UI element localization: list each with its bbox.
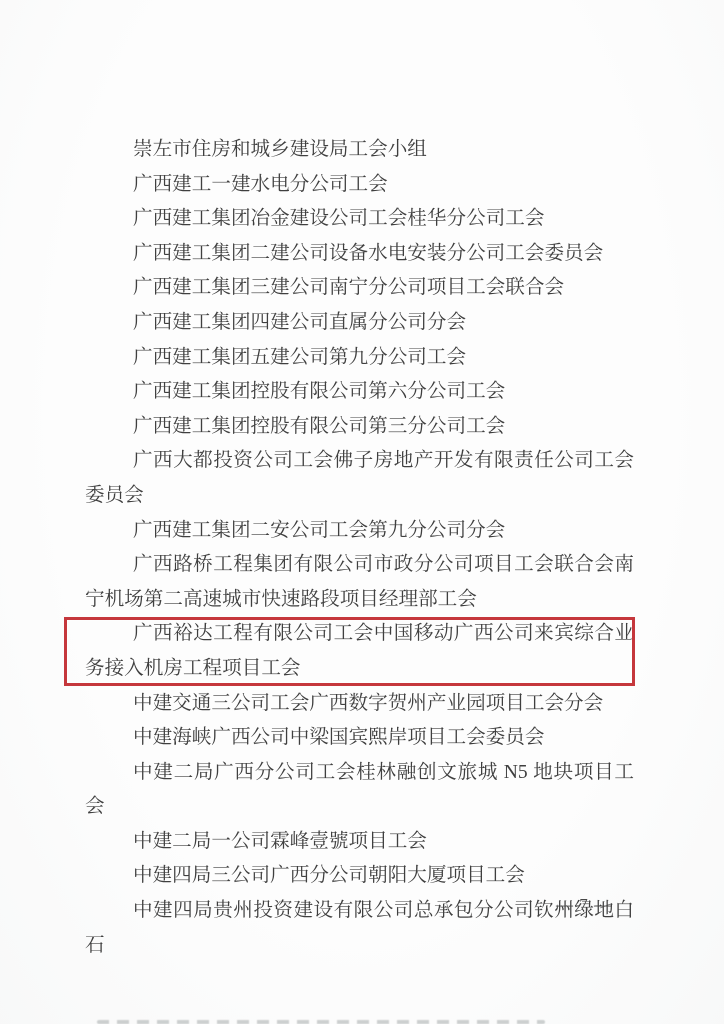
union-list-entry-highlighted: 广西裕达工程有限公司工会中国移动广西公司来宾综合业务接入机房工程项目工会	[85, 617, 634, 686]
union-list-entry: 广西建工集团冶金建设公司工会桂华分公司工会	[85, 202, 634, 237]
union-list-entry: 广西建工集团四建公司直属分公司分会	[85, 306, 634, 341]
union-list-entry: 崇左市住房和城乡建设局工会小组	[85, 133, 634, 168]
next-page-text-edge	[97, 1020, 545, 1024]
union-list-entry: 广西建工集团控股有限公司第六分公司工会	[85, 375, 634, 410]
union-list: 崇左市住房和城乡建设局工会小组 广西建工一建水电分公司工会 广西建工集团冶金建设…	[85, 133, 634, 963]
union-list-entry: 中建二局一公司霖峰壹號项目工会	[85, 825, 634, 860]
union-list-entry: 中建二局广西分公司工会桂林融创文旅城 N5 地块项目工会	[85, 756, 634, 825]
union-list-entry: 中建四局三公司广西分公司朝阳大厦项目工会	[85, 859, 634, 894]
union-list-entry: 中建交通三公司工会广西数字贺州产业园项目工会分会	[85, 687, 634, 722]
union-list-entry: 广西建工集团二建公司设备水电安装分公司工会委员会	[85, 237, 634, 272]
union-list-entry: 广西大都投资公司工会佛子房地产开发有限责任公司工会委员会	[85, 444, 634, 513]
union-list-entry: 广西建工集团控股有限公司第三分公司工会	[85, 410, 634, 445]
page-number: — 7 —	[546, 894, 622, 916]
union-list-entry: 广西建工集团五建公司第九分公司工会	[85, 341, 634, 376]
union-list-entry: 广西建工集团二安公司工会第九分公司分会	[85, 514, 634, 549]
scanned-document-page: 崇左市住房和城乡建设局工会小组 广西建工一建水电分公司工会 广西建工集团冶金建设…	[0, 0, 724, 1024]
union-list-entry: 广西建工集团三建公司南宁分公司项目工会联合会	[85, 271, 634, 306]
union-list-entry: 中建海峡广西公司中梁国宾熙岸项目工会委员会	[85, 721, 634, 756]
union-list-entry: 广西路桥工程集团有限公司市政分公司项目工会联合会南宁机场第二高速城市快速路段项目…	[85, 548, 634, 617]
union-list-entry: 广西建工一建水电分公司工会	[85, 168, 634, 203]
